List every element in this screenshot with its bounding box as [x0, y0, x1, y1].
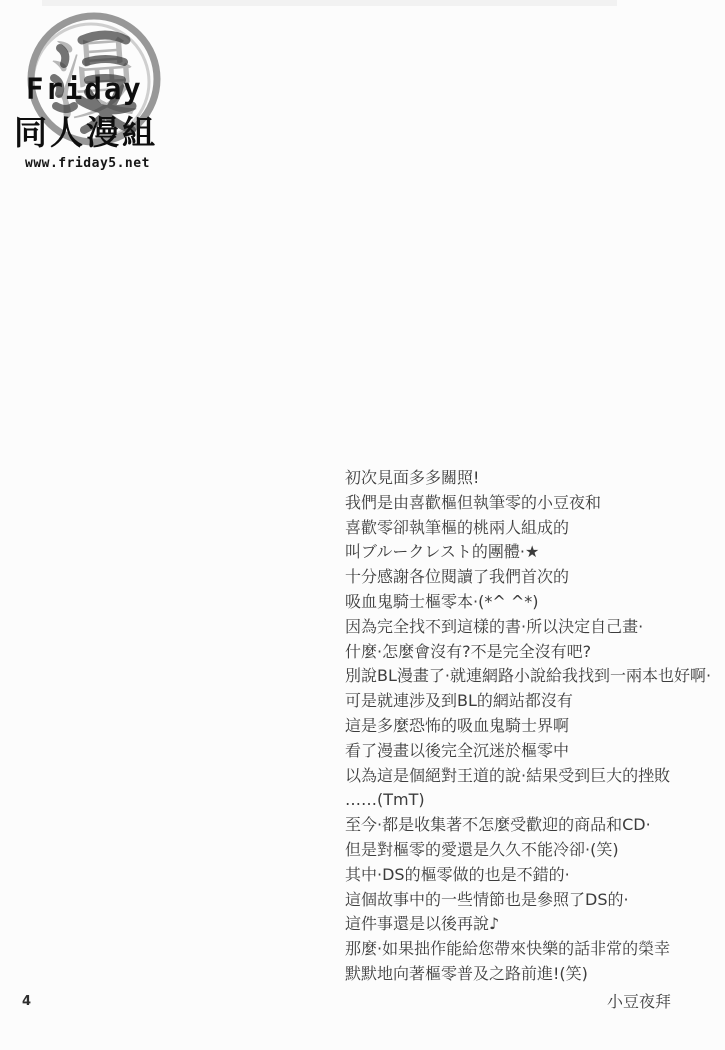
- afterword-line: 我們是由喜歡樞但執筆零的小豆夜和: [345, 491, 707, 516]
- circle-group-logo: 漫 Friday 同人漫組 www.friday5.net: [14, 4, 189, 189]
- afterword-line: 十分感謝各位閱讀了我們首次的: [345, 565, 707, 590]
- afterword-line: 可是就連涉及到BL的網站都沒有: [345, 689, 707, 714]
- afterword-line: 什麼·怎麼會沒有?不是完全沒有吧?: [345, 640, 707, 665]
- afterword-line: 這是多麼恐怖的吸血鬼騎士界啊: [345, 714, 707, 739]
- afterword-line: 至今·都是收集著不怎麼受歡迎的商品和CD·: [345, 813, 707, 838]
- page-number: 4: [22, 994, 31, 1009]
- logo-url: www.friday5.net: [25, 156, 150, 171]
- afterword-line: ……(TmT): [345, 788, 707, 813]
- afterword-line: 別說BL漫畫了·就連網路小說給我找到一兩本也好啊·: [345, 664, 707, 689]
- afterword-text-block: 初次見面多多關照! 我們是由喜歡樞但執筆零的小豆夜和 喜歡零卻執筆樞的桃兩人組成…: [345, 466, 707, 1015]
- afterword-line: 其中·DS的樞零做的也是不錯的·: [345, 863, 707, 888]
- afterword-line: 以為這是個絕對王道的說·結果受到巨大的挫敗: [345, 764, 707, 789]
- afterword-line: 那麼·如果拙作能給您帶來快樂的話非常的榮幸: [345, 937, 707, 962]
- afterword-line: 叫ブルークレスト的團體·★: [345, 540, 707, 565]
- afterword-line: 吸血鬼騎士樞零本·(*^ ^*): [345, 590, 707, 615]
- afterword-line: 這個故事中的一些情節也是參照了DS的·: [345, 888, 707, 913]
- afterword-line: 這件事還是以後再說♪: [345, 912, 707, 937]
- afterword-line: 但是對樞零的愛還是久久不能冷卻·(笑): [345, 838, 707, 863]
- afterword-line: 初次見面多多關照!: [345, 466, 707, 491]
- author-signature: 小豆夜拜: [345, 990, 707, 1015]
- afterword-line: 默默地向著樞零普及之路前進!(笑): [345, 962, 707, 987]
- logo-subtitle: 同人漫組: [14, 107, 158, 154]
- afterword-line: 看了漫畫以後完全沉迷於樞零中: [345, 739, 707, 764]
- afterword-line: 喜歡零卻執筆樞的桃兩人組成的: [345, 516, 707, 541]
- afterword-line: 因為完全找不到這樣的書·所以決定自己畫·: [345, 615, 707, 640]
- logo-title: Friday: [26, 72, 143, 106]
- scanned-doujinshi-page: 漫 Friday 同人漫組 www.friday5.net 初次見面多多關照! …: [0, 0, 725, 1050]
